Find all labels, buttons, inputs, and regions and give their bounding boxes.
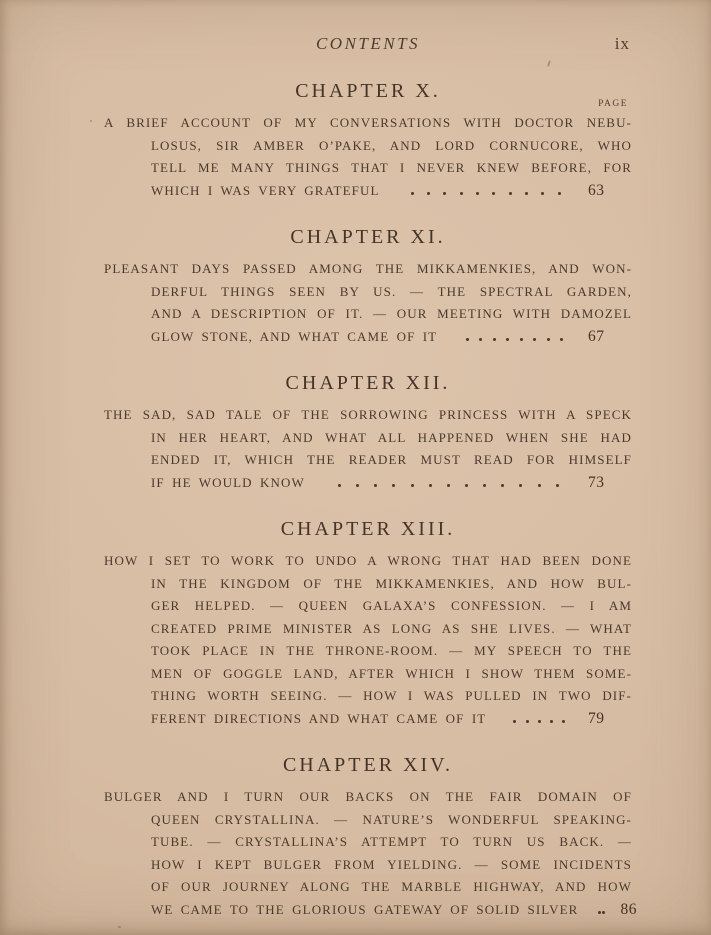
summary-line-text: IF HE WOULD KNOW (151, 472, 305, 495)
summary-line: IN HER HEART, AND WHAT ALL HAPPENED WHEN… (151, 427, 632, 450)
leader-dot (447, 484, 450, 487)
leader-dot (547, 338, 550, 341)
leader-dot (493, 338, 496, 341)
dot-leader (486, 720, 588, 727)
chapter-heading: CHAPTER XII. (104, 372, 632, 394)
leader-dot (520, 338, 523, 341)
book-page: CONTENTS ix CHAPTER X.PAGEA BRIEF ACCOUN… (0, 0, 711, 935)
summary-line-text: GLOW STONE, AND WHAT CAME OF IT (151, 326, 437, 349)
chapter-page-number: 67 (588, 326, 632, 349)
summary-line: TOOK PLACE IN THE THRONE-ROOM. — MY SPEE… (151, 640, 632, 663)
leader-dot (483, 484, 486, 487)
summary-line-text: FERENT DIRECTIONS AND WHAT CAME OF IT (151, 708, 486, 731)
summary-line: TELL ME MANY THINGS THAT I NEVER KNEW BE… (151, 157, 632, 180)
leader-dot (356, 484, 359, 487)
summary-line: TUBE. — CRYSTALLINA’S ATTEMPT TO TURN US… (151, 831, 632, 854)
summary-line: GER HELPED. — QUEEN GALAXA’S CONFESSION.… (151, 595, 632, 618)
dot-leader (437, 338, 588, 345)
toc-section: CHAPTER XII.THE SAD, SAD TALE OF THE SOR… (104, 372, 632, 494)
leader-dot (476, 192, 479, 195)
summary-line: THING WORTH SEEING. — HOW I WAS PULLED I… (151, 685, 632, 708)
running-head: CONTENTS (104, 34, 632, 54)
leader-dot (427, 192, 430, 195)
leader-dot (526, 720, 529, 723)
summary-line: CREATED PRIME MINISTER AS LONG AS SHE LI… (151, 618, 632, 641)
summary-last-line: GLOW STONE, AND WHAT CAME OF IT67 (151, 326, 632, 349)
leader-dot (479, 338, 482, 341)
leader-dot (538, 720, 541, 723)
dot-leader (380, 192, 589, 199)
summary-line: MEN OF GOGGLE LAND, AFTER WHICH I SHOW T… (151, 663, 632, 686)
summary-last-line: FERENT DIRECTIONS AND WHAT CAME OF IT79 (151, 708, 632, 731)
chapter-heading: CHAPTER XI. (104, 226, 632, 248)
chapter-page-number: 63 (588, 180, 632, 203)
toc-section: CHAPTER XIV.BULGER AND I TURN OUR BACKS … (104, 754, 632, 921)
summary-line: THE SAD, SAD TALE OF THE SORROWING PRINC… (104, 404, 632, 427)
summary-line: BULGER AND I TURN OUR BACKS ON THE FAIR … (104, 786, 632, 809)
summary-last-line: WE CAME TO THE GLORIOUS GATEWAY OF SOLID… (151, 899, 632, 922)
leader-dot (562, 720, 565, 723)
chapter-page-number: 73 (588, 472, 632, 495)
paper-speck (90, 120, 92, 122)
chapter-summary: PLEASANT DAYS PASSED AMONG THE MIKKAMENK… (104, 258, 632, 348)
chapter-heading: CHAPTER XIV. (104, 754, 632, 776)
leader-dot (411, 484, 414, 487)
page-content: CONTENTS ix CHAPTER X.PAGEA BRIEF ACCOUN… (104, 34, 632, 921)
leader-dot (429, 484, 432, 487)
leader-dot (598, 911, 601, 914)
leader-dot (550, 720, 553, 723)
leader-dot (525, 192, 528, 195)
summary-line-text: WHICH I WAS VERY GRATEFUL (151, 180, 380, 203)
leader-dot (338, 484, 341, 487)
leader-dot (509, 192, 512, 195)
leader-dot (541, 192, 544, 195)
page-header: CONTENTS ix (104, 34, 632, 56)
leader-dot (443, 192, 446, 195)
summary-line: LOSUS, SIR AMBER O’PAKE, AND LORD CORNUC… (151, 135, 632, 158)
table-of-contents: CHAPTER X.PAGEA BRIEF ACCOUNT OF MY CONV… (104, 80, 632, 921)
leader-dot (519, 484, 522, 487)
summary-line: ENDED IT, WHICH THE READER MUST READ FOR… (151, 449, 632, 472)
leader-dot (513, 720, 516, 723)
summary-line: HOW I SET TO WORK TO UNDO A WRONG THAT H… (104, 550, 632, 573)
chapter-heading: CHAPTER XIII. (104, 518, 632, 540)
summary-line: A BRIEF ACCOUNT OF MY CONVERSATIONS WITH… (104, 112, 632, 135)
summary-line: HOW I KEPT BULGER FROM YIELDING. — SOME … (151, 854, 632, 877)
toc-section: CHAPTER X.PAGEA BRIEF ACCOUNT OF MY CONV… (104, 80, 632, 202)
summary-line-text: WE CAME TO THE GLORIOUS GATEWAY OF SOLID… (151, 899, 578, 922)
leader-dot (538, 484, 541, 487)
leader-dot (374, 484, 377, 487)
chapter-page-number: 86 (620, 899, 664, 922)
page-column-label: PAGE (598, 99, 628, 109)
chapter-summary: HOW I SET TO WORK TO UNDO A WRONG THAT H… (104, 550, 632, 730)
leader-dot (466, 338, 469, 341)
summary-line: IN THE KINGDOM OF THE MIKKAMENKIES, AND … (151, 573, 632, 596)
chapter-summary: THE SAD, SAD TALE OF THE SORROWING PRINC… (104, 404, 632, 494)
chapter-summary: BULGER AND I TURN OUR BACKS ON THE FAIR … (104, 786, 632, 921)
toc-section: CHAPTER XI.PLEASANT DAYS PASSED AMONG TH… (104, 226, 632, 348)
leader-dot (465, 484, 468, 487)
leader-dot (492, 192, 495, 195)
leader-dot (556, 484, 559, 487)
leader-dot (501, 484, 504, 487)
toc-section: CHAPTER XIII.HOW I SET TO WORK TO UNDO A… (104, 518, 632, 730)
paper-speck (118, 926, 121, 928)
folio-page-number: ix (615, 34, 630, 54)
summary-line: DERFUL THINGS SEEN BY US. — THE SPECTRAL… (151, 281, 632, 304)
summary-line: QUEEN CRYSTALLINA. — NATURE’S WONDERFUL … (151, 809, 632, 832)
chapter-page-number: 79 (588, 708, 632, 731)
leader-dot (392, 484, 395, 487)
dot-leader (305, 484, 588, 491)
leader-dot (460, 192, 463, 195)
leader-dot (560, 338, 563, 341)
summary-line: OF OUR JOURNEY ALONG THE MARBLE HIGHWAY,… (151, 876, 632, 899)
summary-last-line: IF HE WOULD KNOW73 (151, 472, 632, 495)
summary-last-line: WHICH I WAS VERY GRATEFUL63 (151, 180, 632, 203)
leader-dot (558, 192, 561, 195)
dot-leader (578, 911, 620, 918)
leader-dot (411, 192, 414, 195)
summary-line: AND A DESCRIPTION OF IT. — OUR MEETING W… (151, 303, 632, 326)
summary-line: PLEASANT DAYS PASSED AMONG THE MIKKAMENK… (104, 258, 632, 281)
leader-dot (506, 338, 509, 341)
chapter-heading: CHAPTER X. (104, 80, 632, 102)
chapter-summary: A BRIEF ACCOUNT OF MY CONVERSATIONS WITH… (104, 112, 632, 202)
leader-dot (533, 338, 536, 341)
leader-dot (602, 911, 605, 914)
